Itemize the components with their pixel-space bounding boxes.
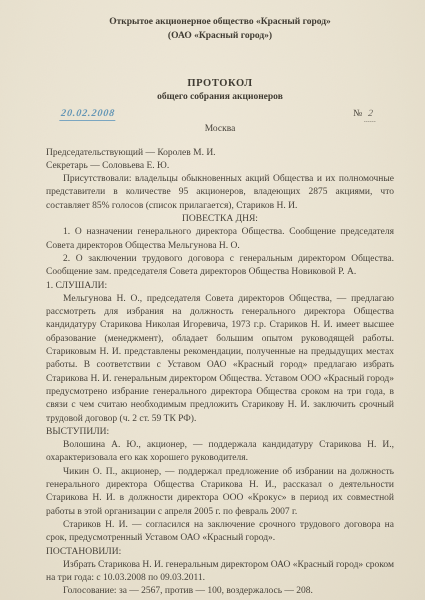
number-sign-label: № xyxy=(353,108,362,121)
agenda-item-1: 1. О назначении генерального директора О… xyxy=(46,226,394,253)
document-subtitle: общего собрания акционеров xyxy=(46,91,394,104)
officials-block: Председательствующий — Королев М. И. Сек… xyxy=(46,147,394,174)
org-header: Открытое акционерное общество «Красный г… xyxy=(46,15,394,43)
org-name-line1: Открытое акционерное общество «Красный г… xyxy=(46,15,394,29)
spoke-statement-1: Волошина А. Ю., акционер, — поддержала к… xyxy=(46,439,394,466)
agenda-item-2: 2. О заключении трудового договора с ген… xyxy=(46,253,394,280)
org-name-line2: (ОАО «Красный город») xyxy=(46,29,394,43)
document-content: Открытое акционерное общество «Красный г… xyxy=(46,15,394,599)
scanned-protocol-document: Открытое акционерное общество «Красный г… xyxy=(0,0,425,600)
section-heading-heard: 1. СЛУШАЛИ: xyxy=(46,280,394,293)
section-heading-resolved: ПОСТАНОВИЛИ: xyxy=(46,546,394,559)
secretary-line: Секретарь — Соловьева Е. Ю. xyxy=(46,160,394,173)
heard-body-paragraph: Мельгунова Н. О., председателя Совета ди… xyxy=(46,293,394,426)
resolved-statement-1: Избрать Старикова Н. И. генеральным дире… xyxy=(46,559,394,586)
date-number-row: 20.02.2008 № 2 xyxy=(60,107,376,122)
chairman-line: Председательствующий — Королев М. И. xyxy=(46,147,394,160)
resolved-statement-2: Голосование: за — 2567, против — 100, во… xyxy=(46,585,394,598)
attendance-paragraph: Присутствовали: владельцы обыкновенных а… xyxy=(46,173,394,213)
agenda-heading: ПОВЕСТКА ДНЯ: xyxy=(46,213,394,226)
handwritten-date: 20.02.2008 xyxy=(59,107,117,121)
city-line: Москва xyxy=(46,123,394,136)
document-title: ПРОТОКОЛ xyxy=(46,76,394,91)
spoke-statement-2: Чикин О. П., акционер, — поддержал предл… xyxy=(46,466,394,519)
spoke-statement-3: Стариков Н. И. — согласился на заключени… xyxy=(46,519,394,546)
document-title-block: ПРОТОКОЛ общего собрания акционеров xyxy=(46,76,394,104)
handwritten-number: 2 xyxy=(364,108,376,122)
section-heading-spoke: ВЫСТУПИЛИ: xyxy=(46,426,394,439)
document-number: № 2 xyxy=(353,108,376,122)
